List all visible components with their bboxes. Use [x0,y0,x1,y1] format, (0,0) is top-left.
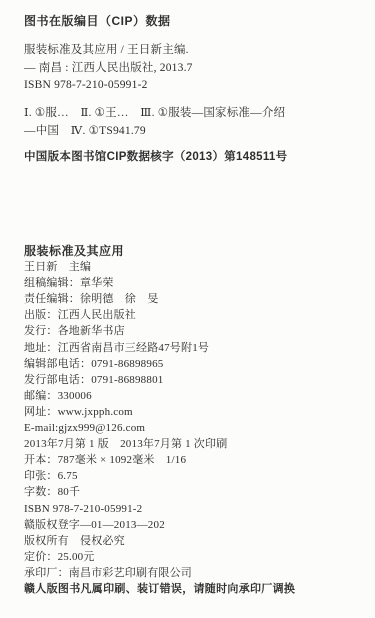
publisher-line: 出版：江西人民出版社 [24,307,365,323]
cip-registry-line: 中国版本图书馆CIP数据核字（2013）第148511号 [24,148,359,164]
cip-publisher-line: — 南昌 : 江西人民出版社, 2013.7 [24,60,359,78]
word-count-line: 字数：80千 [24,484,365,500]
address-line: 地址：江西省南昌市三经路47号附1号 [24,340,365,356]
cip-classification: Ⅰ. ①服… Ⅱ. ①王… Ⅲ. ①服装—国家标准—介绍 —中国 Ⅳ. ①TS9… [24,104,359,141]
editorial-phone-line: 编辑部电话：0791-86898965 [24,356,365,372]
book-title: 服装标准及其应用 [24,243,365,259]
price-line: 定价：25.00元 [24,549,365,565]
postcode-line: 邮编：330006 [24,388,365,404]
format-line: 开本：787毫米 × 1092毫米 1/16 [24,452,365,468]
cip-isbn-line: ISBN 978-7-210-05991-2 [24,77,359,95]
exchange-notice-line: 赣人版图书凡属印刷、装订错误，请随时向承印厂调换 [24,581,365,597]
cip-bibliographic-paragraph: 服装标准及其应用 / 王日新主编. — 南昌 : 江西人民出版社, 2013.7… [24,42,359,95]
cip-title-line: 服装标准及其应用 / 王日新主编. [24,42,359,60]
chief-editor-line: 王日新 主编 [24,259,365,275]
cip-heading: 图书在版编目（CIP）数据 [24,12,359,29]
distributor-line: 发行：各地新华书店 [24,323,365,339]
email-line: E-mail:gjzx999@126.com [24,420,365,436]
copyright-notice-line: 版权所有 侵权必究 [24,533,365,549]
cip-block: 图书在版编目（CIP）数据 服装标准及其应用 / 王日新主编. — 南昌 : 江… [24,12,359,164]
cip-classification-line-1: Ⅰ. ①服… Ⅱ. ①王… Ⅲ. ①服装—国家标准—介绍 [24,104,359,123]
edition-line: 2013年7月第 1 版 2013年7月第 1 次印刷 [24,436,365,452]
printed-sheets-line: 印张：6.75 [24,468,365,484]
cip-classification-line-2: —中国 Ⅳ. ①TS941.79 [24,122,359,141]
distribution-phone-line: 发行部电话：0791-86898801 [24,372,365,388]
website-line: 网址：www.jxpph.com [24,404,365,420]
copyright-page: 图书在版编目（CIP）数据 服装标准及其应用 / 王日新主编. — 南昌 : 江… [0,0,375,618]
isbn-line: ISBN 978-7-210-05991-2 [24,501,365,517]
copyright-registration-line: 赣版权登字—01—2013—202 [24,517,365,533]
colophon-block: 服装标准及其应用 王日新 主编 组稿编辑：章华荣 责任编辑：徐明德 徐 旻 出版… [24,243,365,597]
commissioning-editor-line: 组稿编辑：章华荣 [24,275,365,291]
responsible-editor-line: 责任编辑：徐明德 徐 旻 [24,291,365,307]
printer-line: 承印厂：南昌市彩艺印刷有限公司 [24,565,365,581]
